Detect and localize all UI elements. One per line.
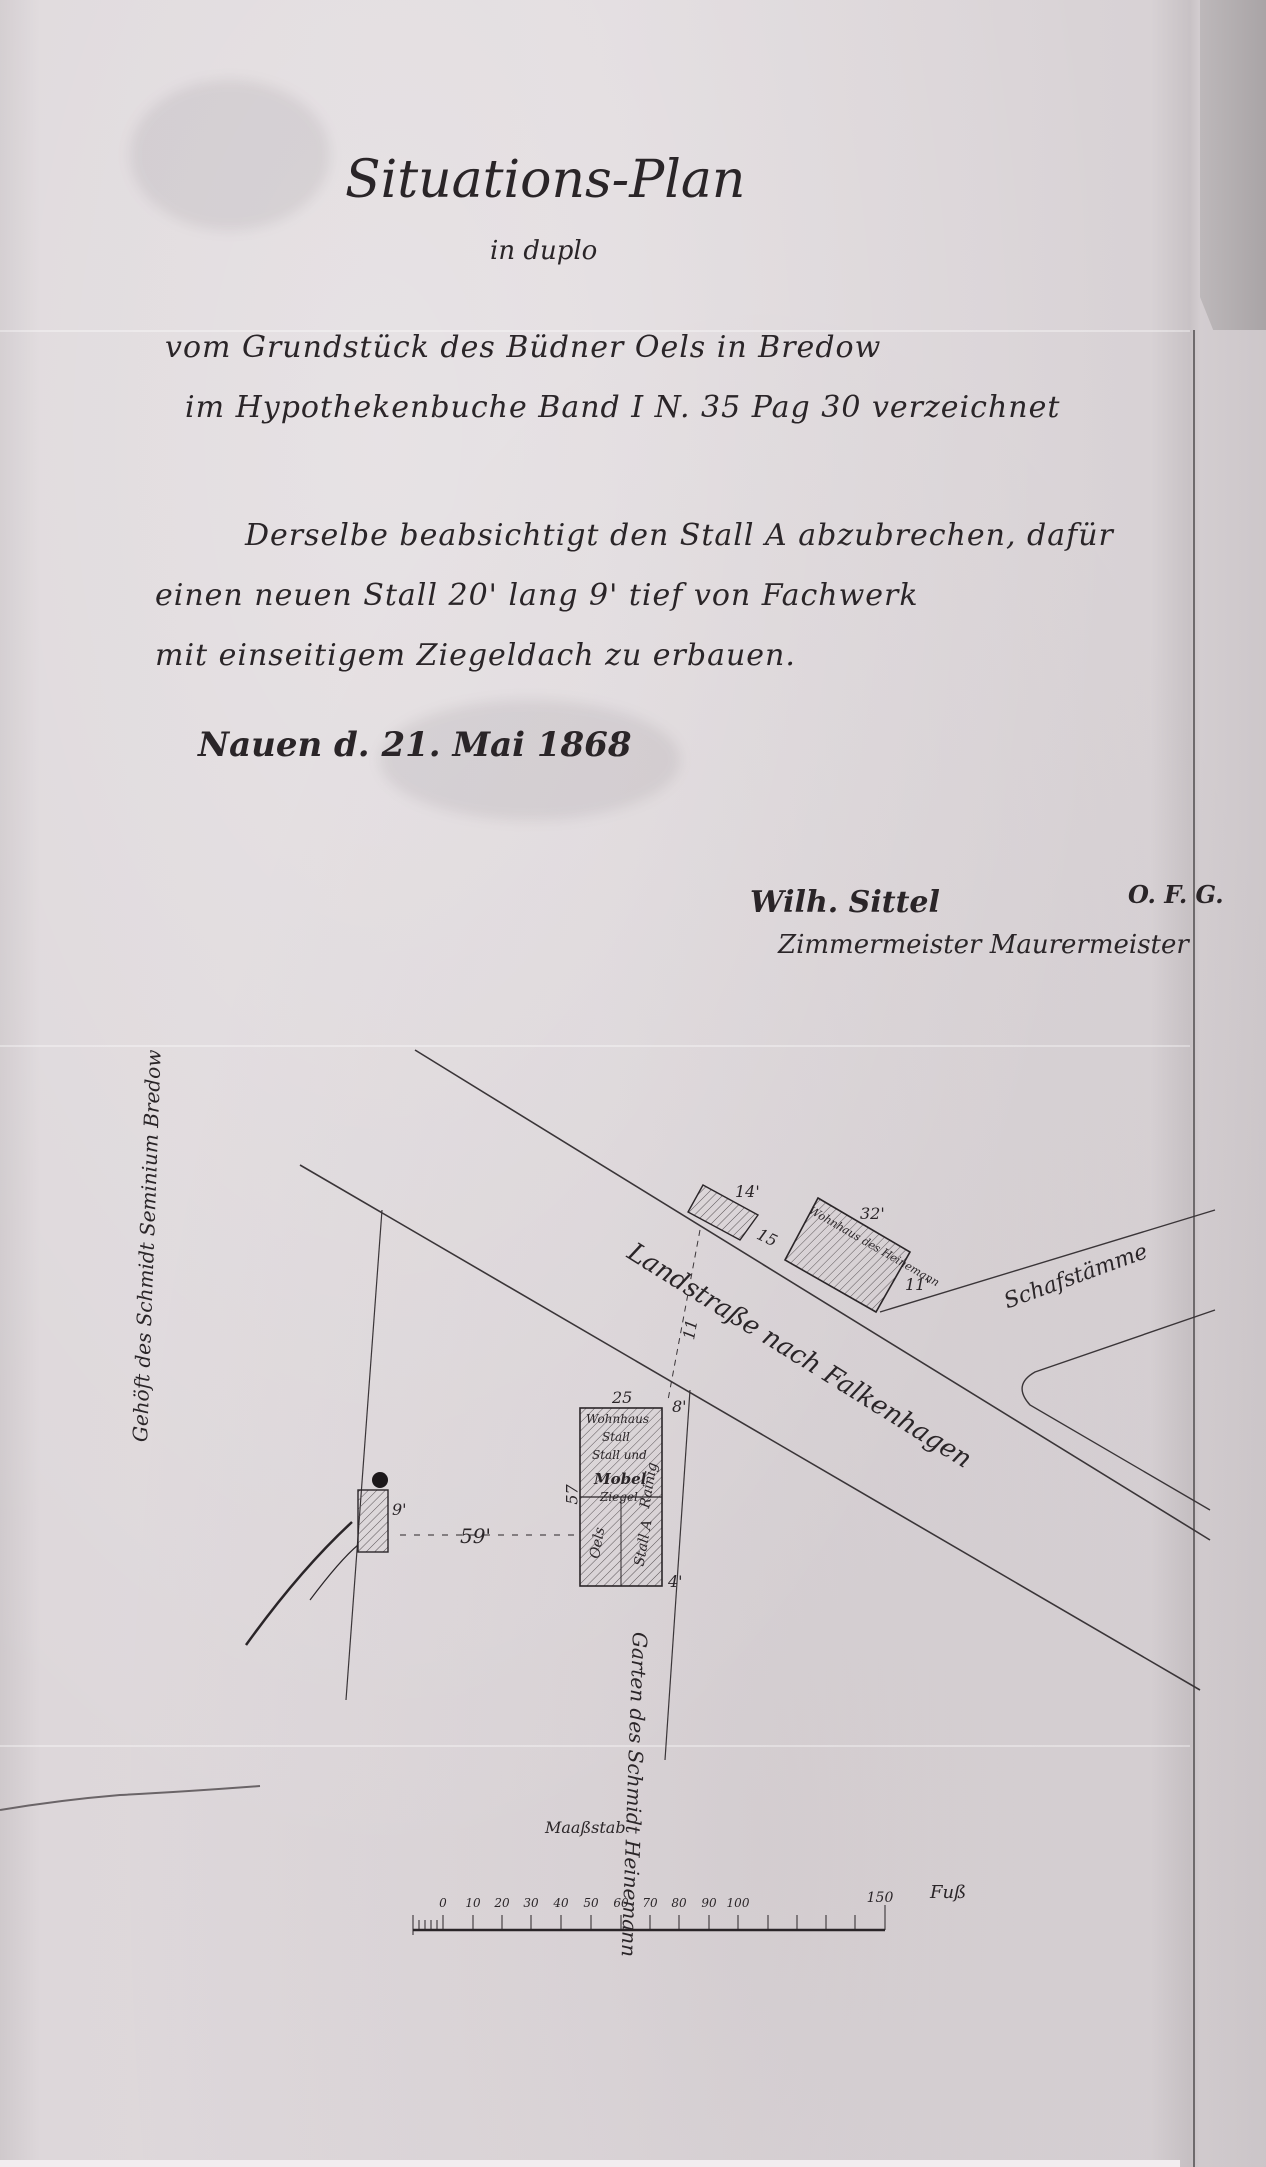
scale-tick: 150: [867, 1890, 894, 1906]
scale-tick: 10: [465, 1896, 480, 1910]
building-stall-a: [358, 1490, 388, 1552]
building-main-label-4: Mobel: [594, 1470, 646, 1488]
scale-tick: 80: [671, 1896, 686, 1910]
scale-tick: 60: [613, 1896, 628, 1910]
scale-tick: 40: [553, 1896, 568, 1910]
building-main-label-3: Stall und: [592, 1448, 647, 1462]
branch-road-island: [1022, 1310, 1215, 1510]
road-edge-upper: [415, 1050, 1210, 1540]
scale-unit: Fuß: [930, 1882, 966, 1903]
scale-tick: 20: [494, 1896, 509, 1910]
building-main-label-1: Wohnhaus: [586, 1412, 649, 1426]
dim-distance: 59': [460, 1524, 491, 1548]
ink-blot: [372, 1472, 388, 1488]
dim-main-right-bottom: 4': [668, 1572, 683, 1591]
dim-top-large: 32': [860, 1204, 885, 1223]
path-curve: [246, 1522, 352, 1645]
scale-tick: 70: [642, 1896, 657, 1910]
dim-top-side: 11': [905, 1275, 930, 1294]
dim-top-small: 14': [735, 1182, 760, 1201]
scale-bar-title: Maaßstab: [545, 1818, 626, 1837]
scale-tick: 30: [523, 1896, 538, 1910]
building-main-label-5: Ziegel: [600, 1490, 638, 1504]
paper-crease: [0, 1786, 260, 1810]
building-main-label-2: Stall: [602, 1430, 630, 1444]
scale-tick: 90: [701, 1896, 716, 1910]
road-edge-lower: [300, 1165, 1200, 1690]
scale-tick: 100: [727, 1896, 750, 1910]
scale-tick: 50: [583, 1896, 598, 1910]
scale-tick: 0: [439, 1896, 447, 1910]
property-line-left: [346, 1210, 382, 1700]
dim-side-mark: 9': [392, 1500, 407, 1519]
dim-road-mark: 11: [679, 1318, 701, 1341]
dim-main-height: 57: [563, 1484, 582, 1504]
dim-main-width: 25: [612, 1388, 632, 1407]
dim-main-right-top: 8': [672, 1397, 687, 1416]
dashed-boundary: [668, 1230, 700, 1400]
